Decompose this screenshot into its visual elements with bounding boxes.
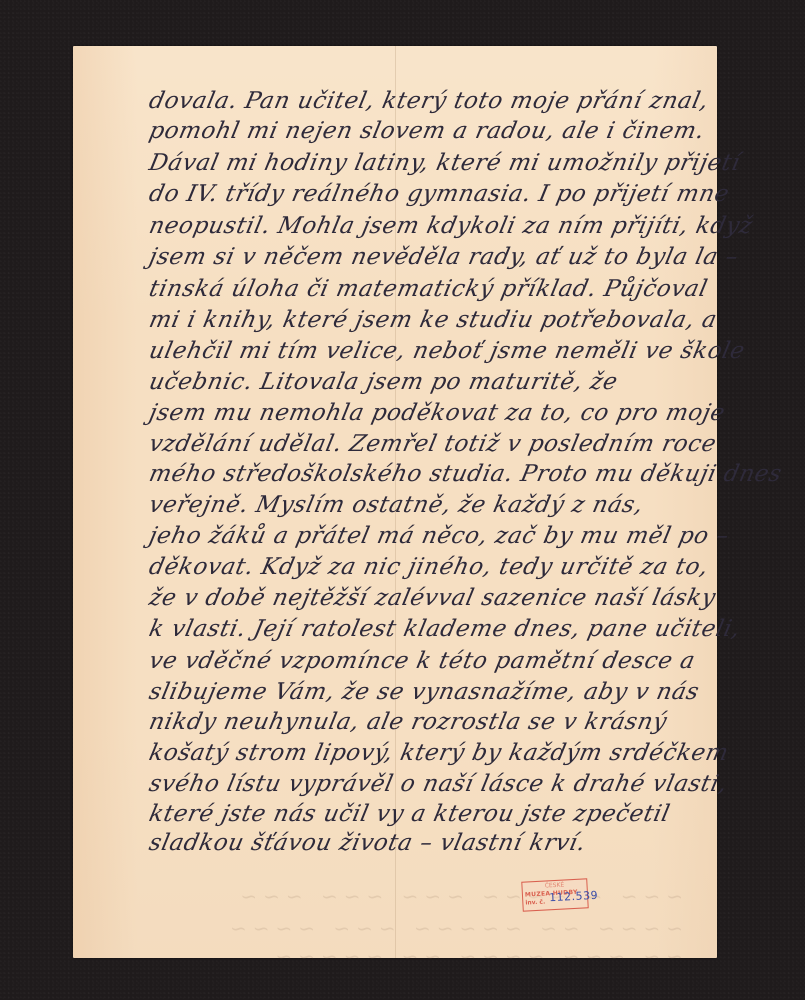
museum-inventory-stamp: ČESKÉ MUZEA HUDBY inv. č. 112.539 — [521, 878, 588, 911]
bleed-through-text: ~~~~ ~~ ~~~~~ ~~~ ~~~~ — [103, 916, 683, 932]
text-line: sladkou šťávou života – vlastní krví. — [144, 830, 589, 870]
inventory-number: 112.539 — [549, 892, 598, 903]
bleed-through-text: ~~ ~~~ ~~~~ ~~ ~~~~~ — [103, 944, 683, 960]
